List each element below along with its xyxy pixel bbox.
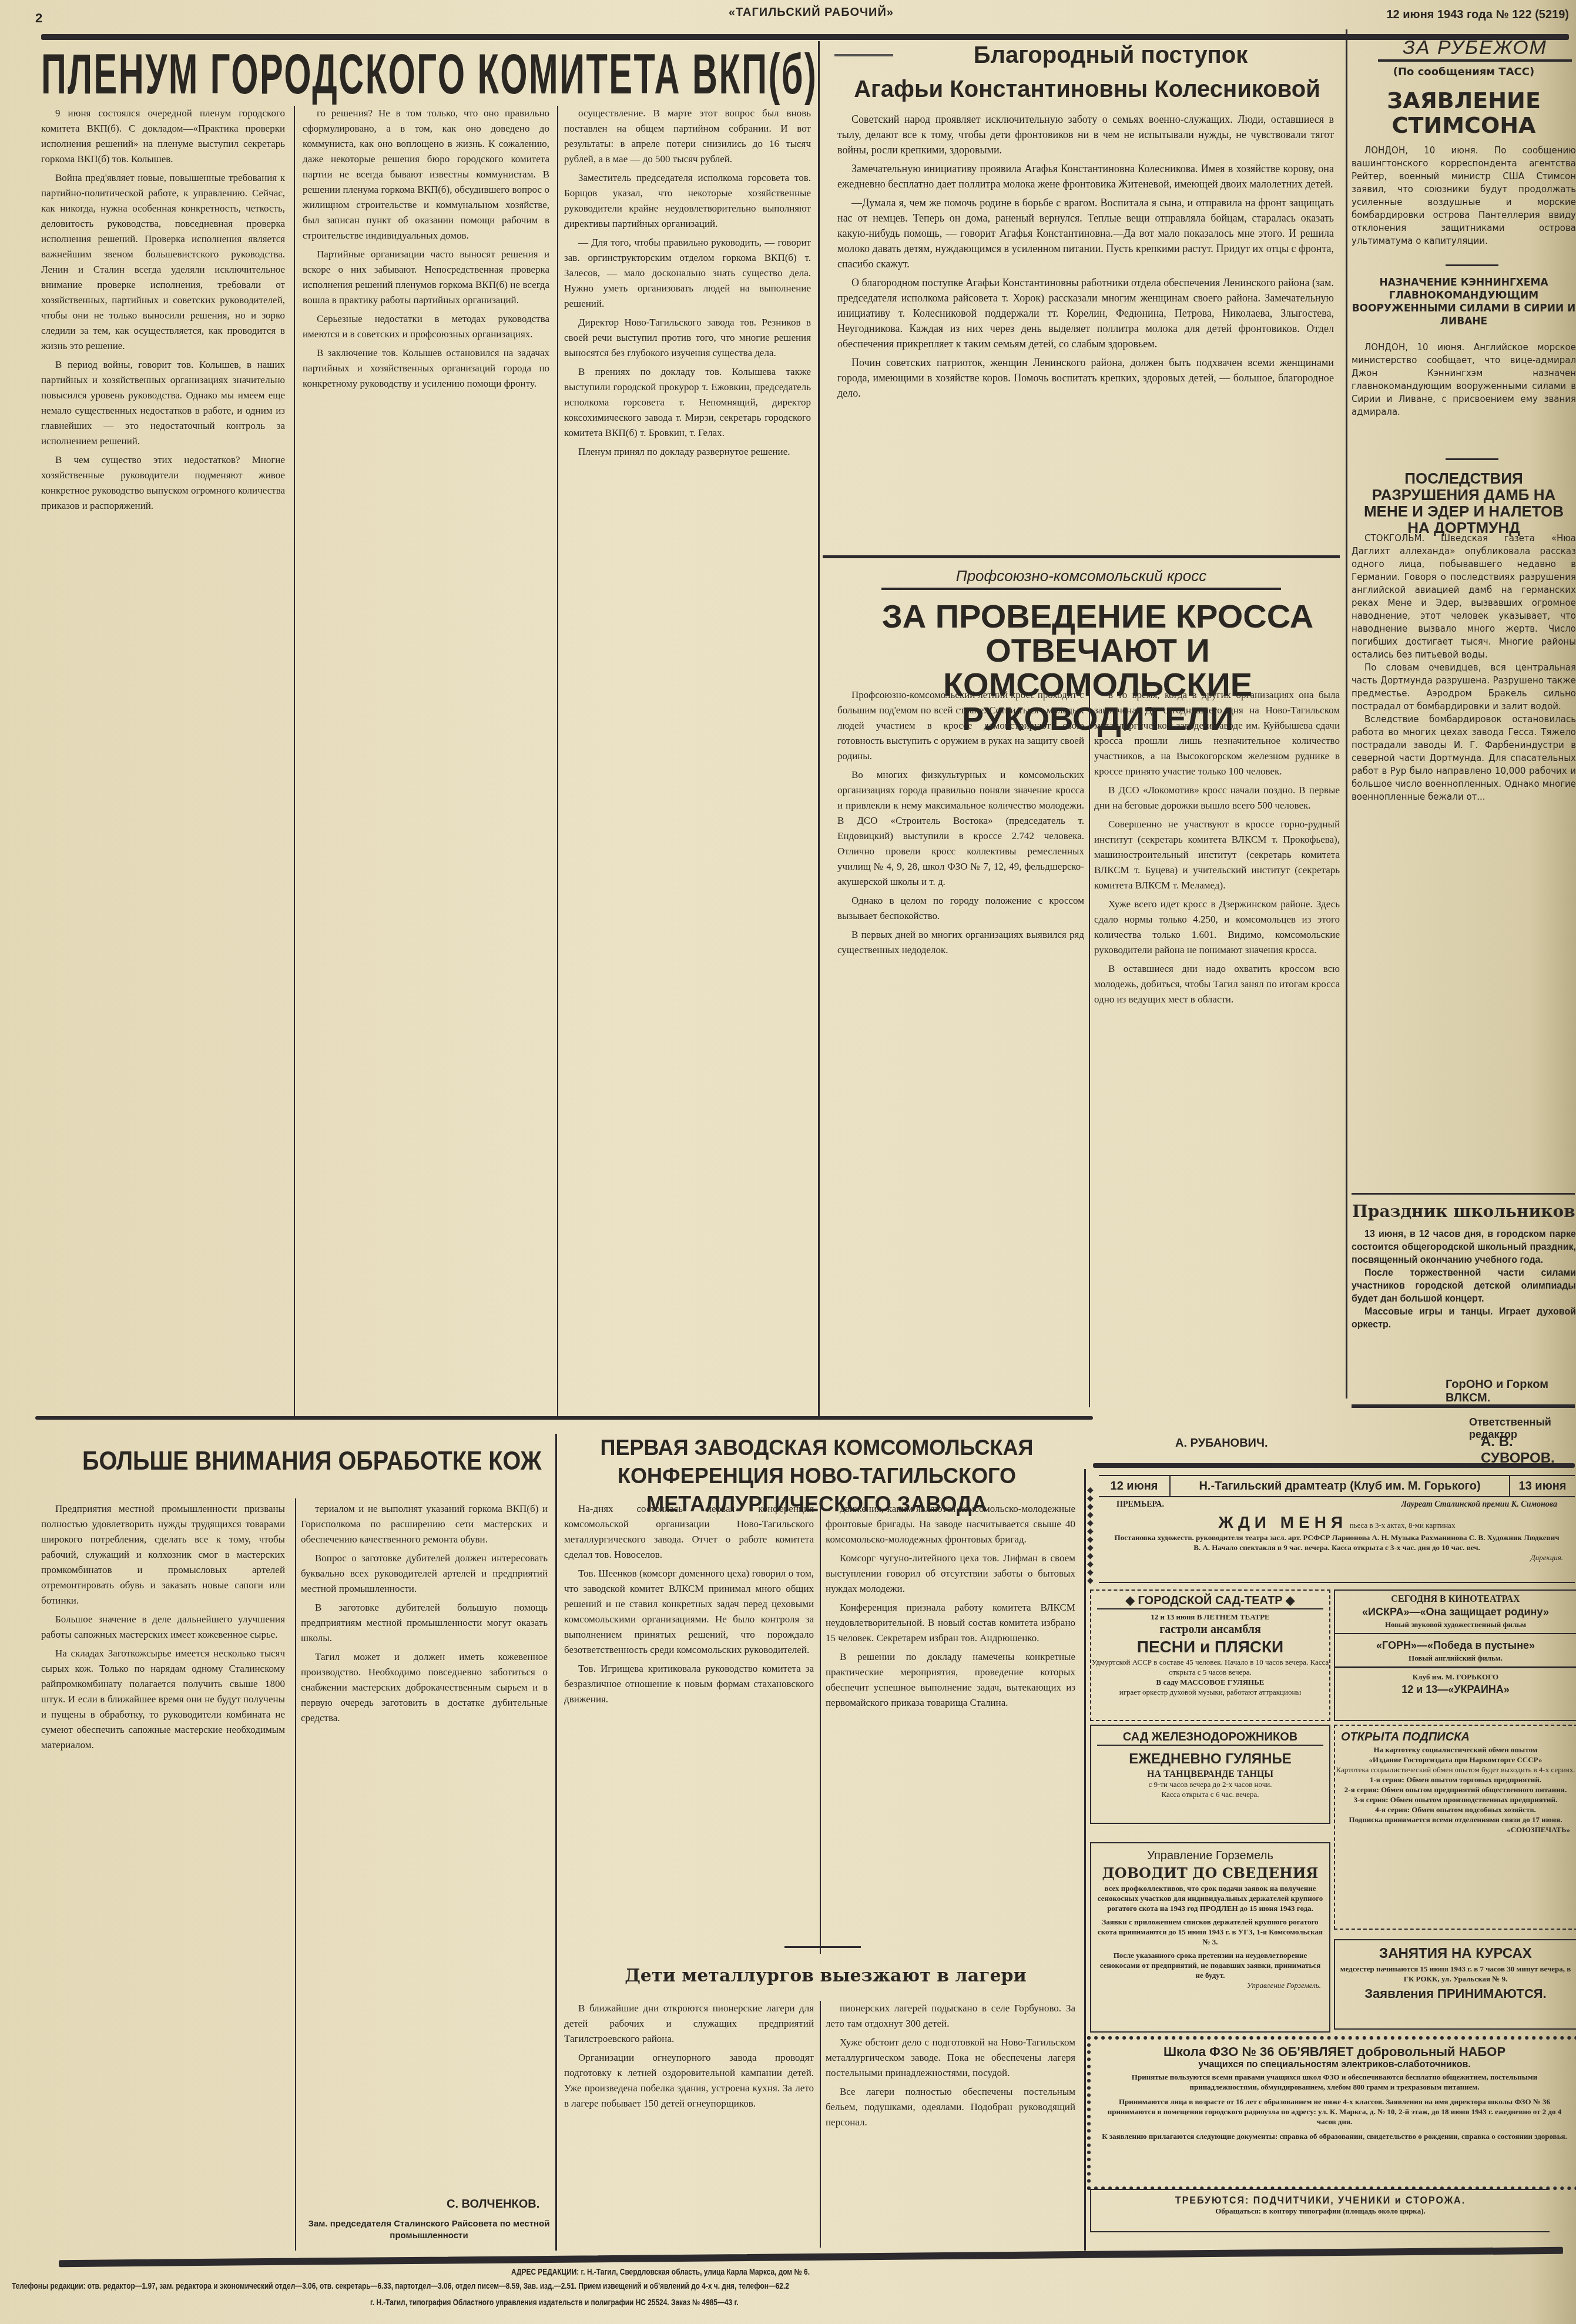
newspaper-page: 2 «ТАГИЛЬСКИЙ РАБОЧИЙ» 12 июня 1943 года…: [0, 0, 1576, 2324]
decorative-rule: [784, 1946, 861, 1948]
theatre-venue: Н.-Тагильский драмтеатр (Клуб им. М. Гор…: [1171, 1476, 1509, 1496]
conference-col-1: На-днях состоялась первая конференция ко…: [564, 1501, 814, 1711]
school-holiday-text: 13 июня, в 12 часов дня, в городском пар…: [1352, 1228, 1576, 1332]
ad-railway-garden: САД ЖЕЛЕЗНОДОРОЖНИКОВ ЕЖЕДНЕВНО ГУЛЯНЬЕ …: [1090, 1725, 1330, 1824]
column-divider: [295, 1498, 296, 2251]
theatre-play-title: ЖДИ МЕНЯ: [1219, 1513, 1348, 1531]
column-divider: [1089, 685, 1090, 1407]
ad-city-garden: ◆ ГОРОДСКОЙ САД-ТЕАТР ◆ 12 и 13 июня В Л…: [1090, 1589, 1330, 1721]
stimson-text: ЛОНДОН, 10 июня. По сообщению вашингтонс…: [1352, 144, 1576, 247]
leather-headline: БОЛЬШЕ ВНИМАНИЯ ОБРАБОТКЕ КОЖ: [82, 1447, 452, 1476]
plenum-col-1: 9 июня состоялся очередной пленум городс…: [41, 106, 285, 517]
section-rule: [823, 555, 1340, 558]
masthead-rule: [41, 34, 1569, 40]
cunningham-text: ЛОНДОН, 10 июня. Английское морское мини…: [1352, 341, 1576, 418]
column-divider: [555, 1434, 557, 2251]
kross-col-1: Профсоюзно-комсомольский летний кросс пр…: [837, 688, 1084, 961]
conference-col-2: движения, каким являются комсомольско-мо…: [826, 1501, 1075, 1714]
section-rule: [1352, 1193, 1575, 1195]
page-number: 2: [35, 11, 42, 26]
cinema-title: СЕГОДНЯ В КИНОТЕАТРАХ: [1335, 1594, 1576, 1604]
abroad-source: (По сообщениям ТАСС): [1352, 66, 1576, 78]
kolesnikova-headline-1: Благородный поступок: [893, 42, 1328, 69]
column-divider: [818, 41, 820, 1416]
editorial-address: АДРЕС РЕДАКЦИИ: г. Н.-Тагил, Свердловска…: [511, 2267, 810, 2276]
school-holiday-signature: ГорОНО и Горком ВЛКСМ.: [1446, 1378, 1576, 1405]
section-rule: [35, 1416, 1093, 1420]
section-rule: [1352, 1404, 1575, 1408]
ad-printing-house-wanted: ТРЕБУЮТСЯ: ПОДЧИТЧИКИ, УЧЕНИКИ и СТОРОЖА…: [1090, 2189, 1550, 2232]
decorative-rule: [834, 54, 893, 56]
leather-signature: С. ВОЛЧЕНКОВ.: [447, 2198, 539, 2211]
school-holiday-headline: Праздник школьников: [1352, 1202, 1576, 1222]
kross-signature: А. РУБАНОВИЧ.: [1175, 1437, 1268, 1450]
section-rule: [1093, 1463, 1575, 1468]
ad-cinemas: СЕГОДНЯ В КИНОТЕАТРАХ «ИСКРА»—«Она защищ…: [1334, 1589, 1576, 1721]
column-divider: [1084, 1469, 1086, 2251]
kolesnikova-body: Советский народ проявляет исключительную…: [837, 112, 1334, 404]
kross-kicker: Профсоюзно-комсомольский кросс: [881, 567, 1281, 590]
stimson-headline: ЗАЯВЛЕНИЕ СТИМСОНА: [1352, 88, 1576, 138]
decorative-rule: [1446, 264, 1498, 266]
column-divider: [820, 2001, 821, 2248]
plenum-headline: ПЛЕНУМ ГОРОДСКОГО КОМИТЕТА ВКП(б): [41, 42, 515, 107]
kross-col-2: в то время, когда в других организациях …: [1094, 688, 1340, 1011]
ad-theatre: 12 июня Н.-Тагильский драмтеатр (Клуб им…: [1099, 1475, 1575, 1583]
ad-gorzemel: Управление Горземель ДОВОДИТ ДО СВЕДЕНИЯ…: [1090, 1842, 1330, 2033]
column-divider: [294, 106, 295, 1416]
newspaper-title: «ТАГИЛЬСКИЙ РАБОЧИЙ»: [729, 6, 894, 19]
kolesnikova-headline-2: Агафьи Константиновны Колесниковой: [840, 76, 1334, 103]
leather-signature-title: Зам. председателя Сталинского Райсовета …: [306, 2218, 552, 2242]
printer-imprint: г. Н.-Тагил, типография Областного управ…: [370, 2298, 739, 2307]
leather-col-1: Предприятия местной промышленности призв…: [41, 1501, 285, 1756]
masthead: 2 «ТАГИЛЬСКИЙ РАБОЧИЙ» 12 июня 1943 года…: [35, 6, 1569, 29]
camps-col-2: пионерских лагерей подыскано в селе Горб…: [826, 2001, 1075, 2134]
leather-col-2: териалом и не выполнят указаний горкома …: [301, 1501, 548, 1729]
garden-title: ◆ ГОРОДСКОЙ САД-ТЕАТР ◆: [1097, 1593, 1323, 1609]
column-divider: [820, 1501, 821, 1954]
ad-fzo-school: Школа ФЗО № 36 ОБ'ЯВЛЯЕТ добровольный НА…: [1087, 2036, 1576, 2190]
dortmund-text: СТОКГОЛЬМ. Шведская газета «Нюа Даглихт …: [1352, 532, 1576, 803]
dortmund-headline: ПОСЛЕДСТВИЯ РАЗРУШЕНИЯ ДАМБ НА МЕНЕ И ЭД…: [1352, 470, 1576, 536]
plenum-col-2: го решения? Не в том только, что оно пра…: [303, 106, 549, 395]
cunningham-headline: НАЗНАЧЕНИЕ КЭННИНГХЕМА ГЛАВНОКОМАНДУЮЩИМ…: [1352, 276, 1576, 328]
camps-headline: Дети металлургов выезжают в лагери: [582, 1966, 1069, 1986]
theatre-date-right: 13 июня: [1509, 1476, 1575, 1496]
issue-date: 12 июня 1943 года № 122 (5219): [1386, 8, 1569, 22]
decorative-rule: [1446, 458, 1498, 460]
footer-rule: [59, 2247, 1563, 2267]
plenum-col-3: осуществление. В марте этот вопрос был в…: [564, 106, 811, 463]
editor-name: А. В. СУВОРОВ.: [1481, 1434, 1576, 1467]
theatre-date-left: 12 июня: [1099, 1476, 1171, 1496]
editorial-phones: Телефоны редакции: отв. редактор—1.97, з…: [12, 2281, 789, 2291]
diamond-border-icon: ◆◆◆◆◆◆◆◆◆◆◆◆: [1087, 1487, 1094, 1585]
camps-col-1: В ближайшие дни откроются пионерские лаг…: [564, 2001, 814, 2115]
abroad-section-title: ЗА РУБЕЖОМ: [1378, 36, 1572, 62]
ad-subscription: ОТКРЫТА ПОДПИСКА На картотеку социалисти…: [1334, 1725, 1576, 1930]
column-divider: [557, 106, 558, 1416]
ad-nursing-courses: ЗАНЯТИЯ НА КУРСАХ медсестер начинаются 1…: [1334, 1939, 1576, 2030]
